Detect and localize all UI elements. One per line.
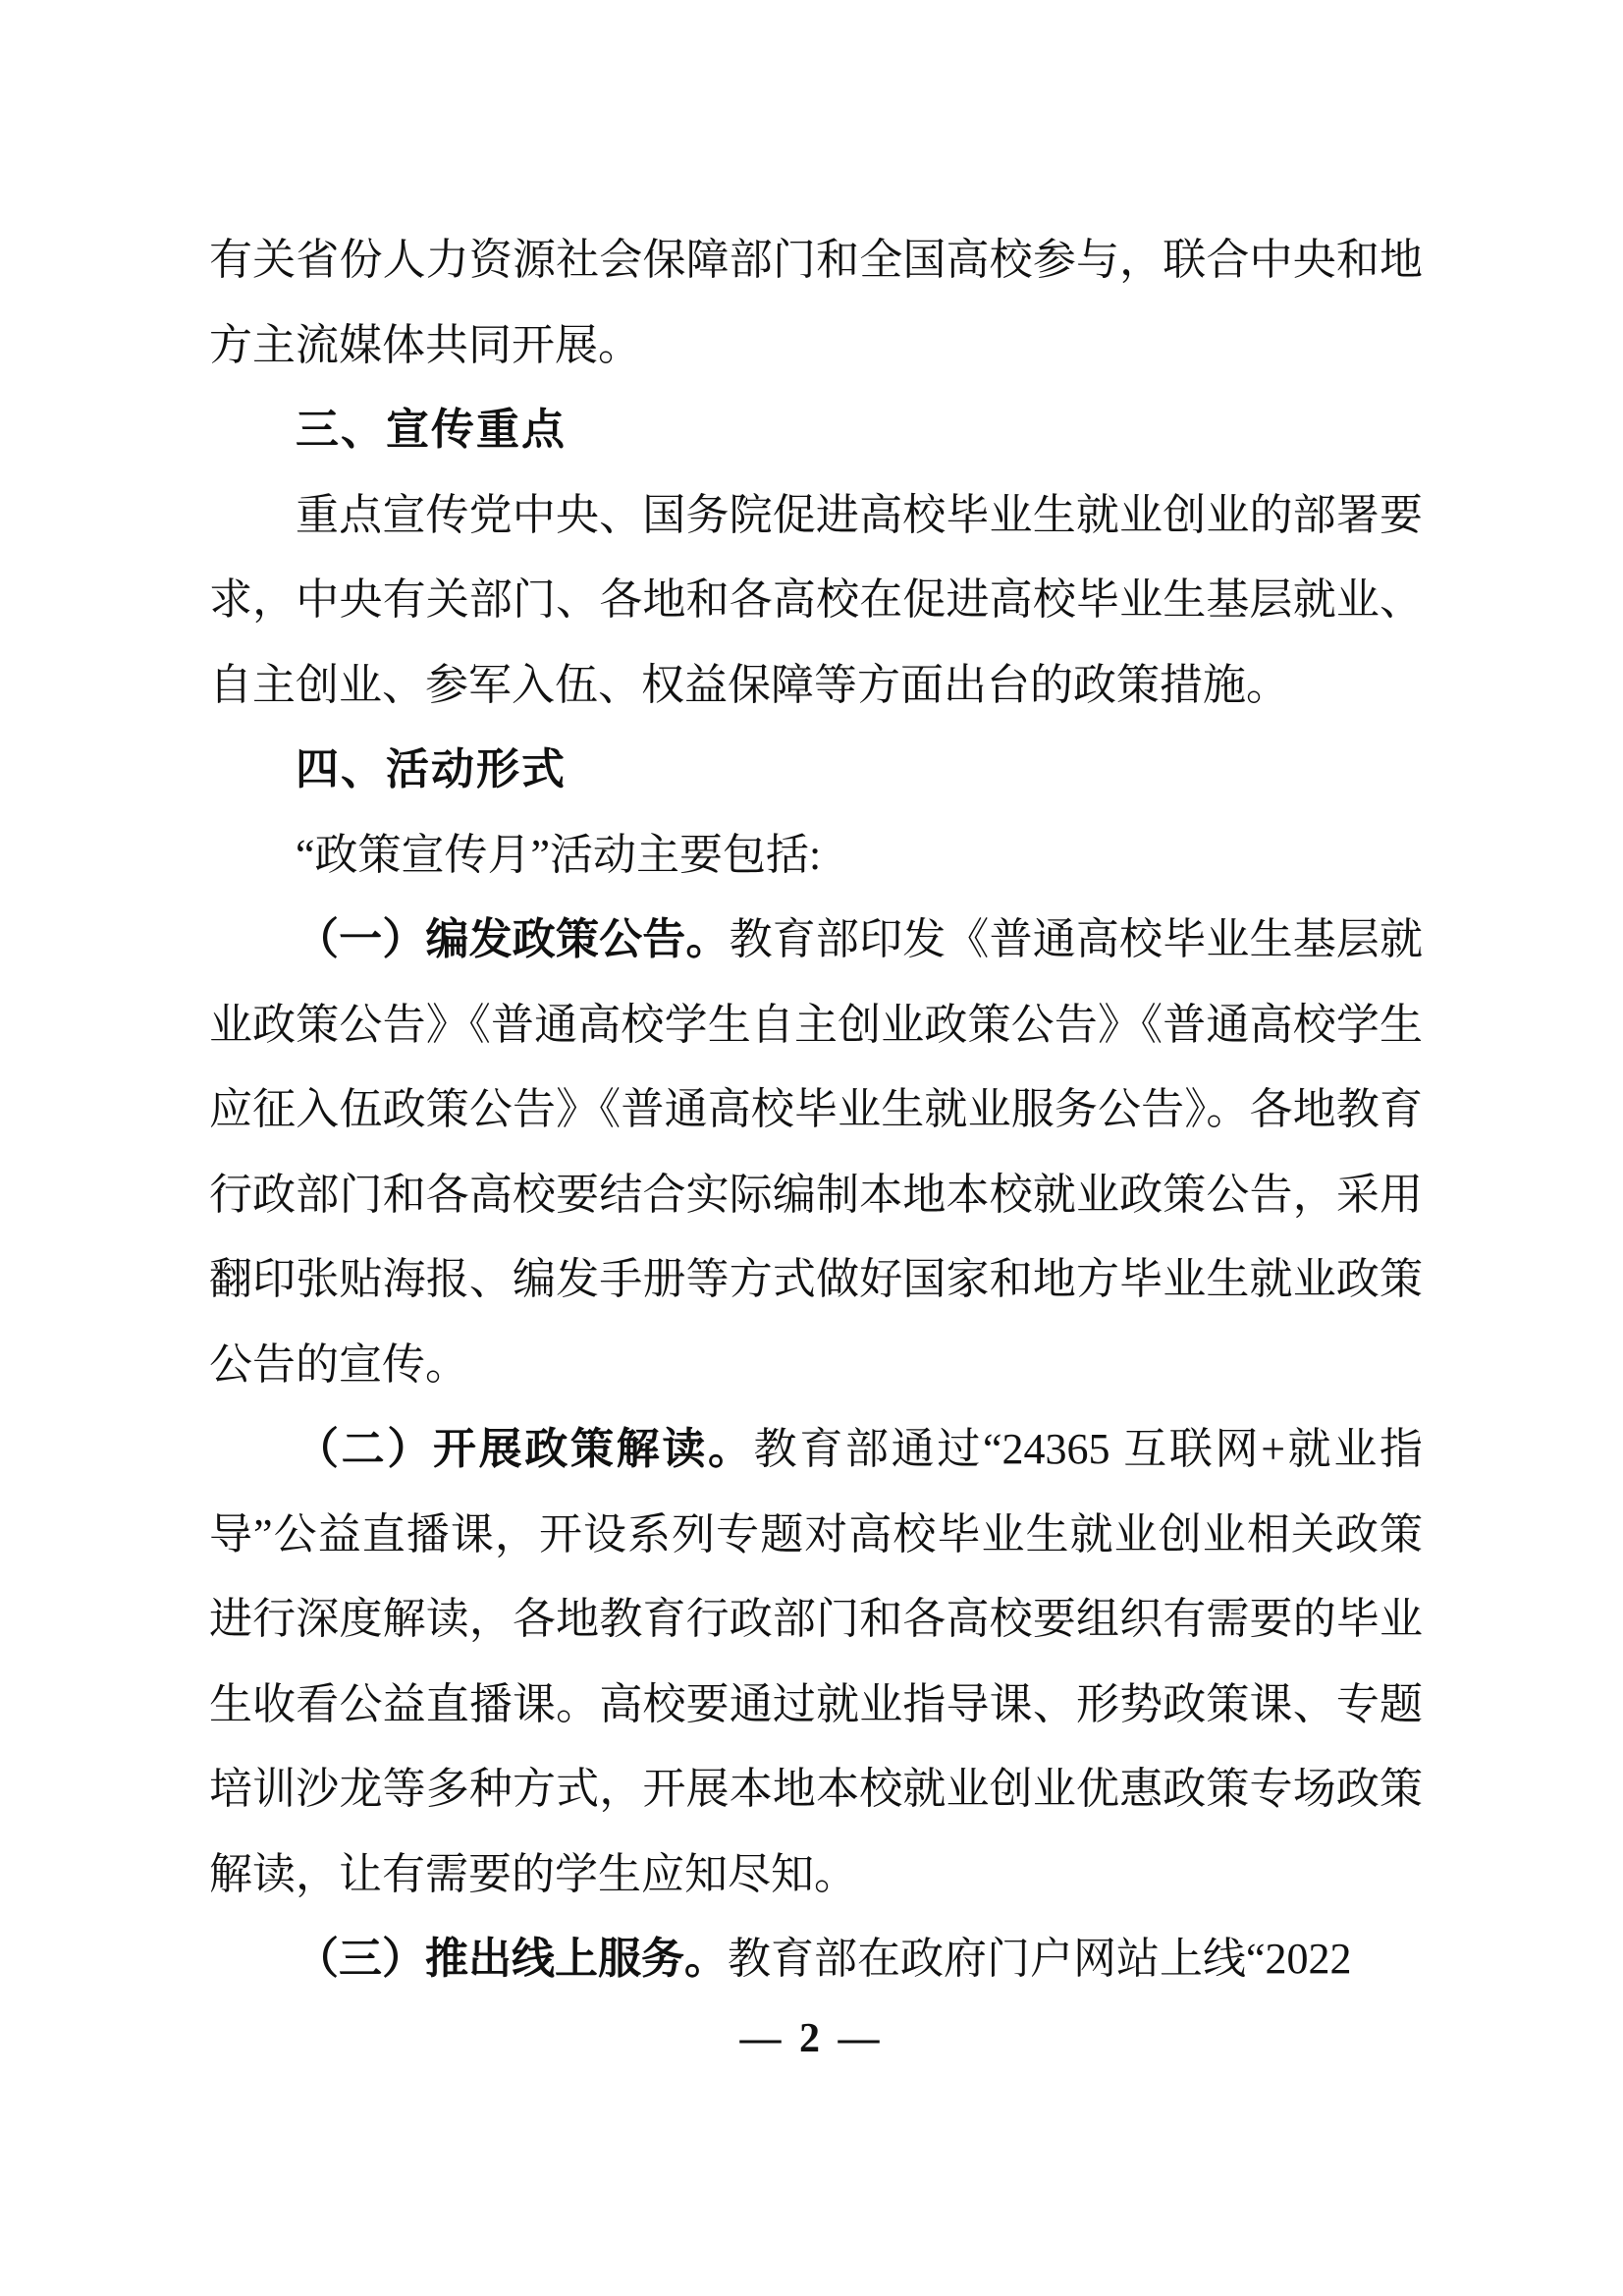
paragraph-item-two: （二）开展政策解读。教育部通过“24365 互联网+就业指导”公益直播课，开设系… (209, 1407, 1423, 1917)
paragraph-key-points: 重点宣传党中央、国务院促进高校毕业生就业创业的部署要求，中央有关部门、各地和各高… (209, 473, 1423, 729)
item-one-lead: （一）编发政策公告。 (296, 915, 730, 963)
paragraph-continuation: 有关省份人力资源社会保障部门和全国高校参与，联合中央和地方主流媒体共同开展。 (209, 218, 1423, 388)
document-page: 有关省份人力资源社会保障部门和全国高校参与，联合中央和地方主流媒体共同开展。 三… (0, 0, 1623, 2296)
item-two-lead: （二）开展政策解读。 (296, 1425, 754, 1473)
item-two-text: 教育部通过“24365 互联网+就业指导”公益直播课，开设系列专题对高校毕业生就… (209, 1425, 1423, 1898)
item-three-text: 教育部在政府门户网站上线“2022 (728, 1935, 1352, 1983)
section-heading-four: 四、活动形式 (209, 728, 1423, 813)
page-number: — 2 — (0, 2015, 1623, 2062)
item-one-text: 教育部印发《普通高校毕业生基层就业政策公告》《普通高校学生自主创业政策公告》《普… (209, 915, 1423, 1389)
body-text: 有关省份人力资源社会保障部门和全国高校参与，联合中央和地方主流媒体共同开展。 三… (209, 218, 1423, 2002)
paragraph-item-one: （一）编发政策公告。教育部印发《普通高校毕业生基层就业政策公告》《普通高校学生自… (209, 898, 1423, 1407)
item-three-lead: （三）推出线上服务。 (296, 1935, 728, 1983)
paragraph-item-three: （三）推出线上服务。教育部在政府门户网站上线“2022 (209, 1917, 1423, 2002)
section-heading-three: 三、宣传重点 (209, 388, 1423, 473)
paragraph-activity-intro: “政策宣传月”活动主要包括: (209, 813, 1423, 899)
